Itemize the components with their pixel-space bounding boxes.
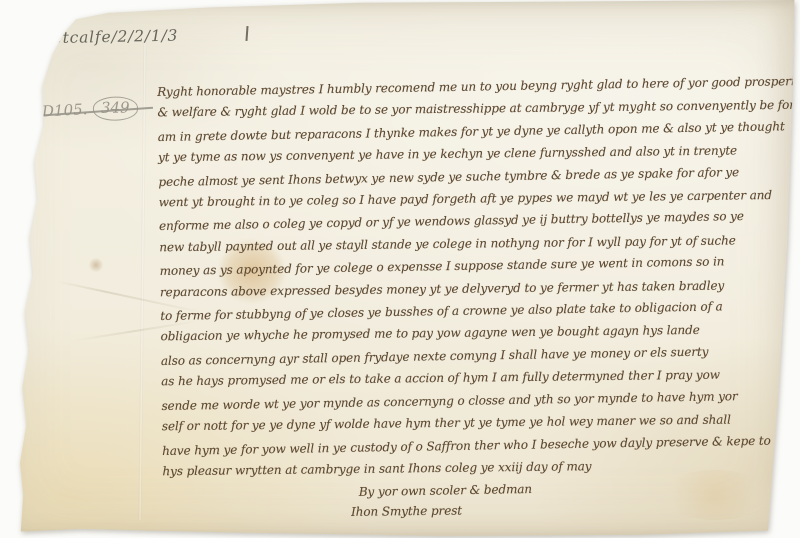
pencil-archive-reference: Metcalfe/2/2/1/3	[36, 27, 179, 48]
small-stain	[88, 258, 104, 272]
paper-sheet: Metcalfe/2/2/1/3 D105.349 Ryght honorabl…	[0, 0, 800, 538]
manuscript-photograph: Metcalfe/2/2/1/3 D105.349 Ryght honorabl…	[0, 0, 800, 538]
pencil-cancelled-shelfmark: D105.349	[41, 96, 138, 125]
letter-text-block: Ryght honorable maystres I humbly recome…	[157, 71, 800, 526]
letter-closing-block: By yor own scoler & bedman Ihon Smythe p…	[359, 475, 800, 523]
cancelled-shelfmark-text: D105.	[42, 100, 88, 120]
paper-sheet-shadow: Metcalfe/2/2/1/3 D105.349 Ryght honorabl…	[0, 0, 800, 538]
